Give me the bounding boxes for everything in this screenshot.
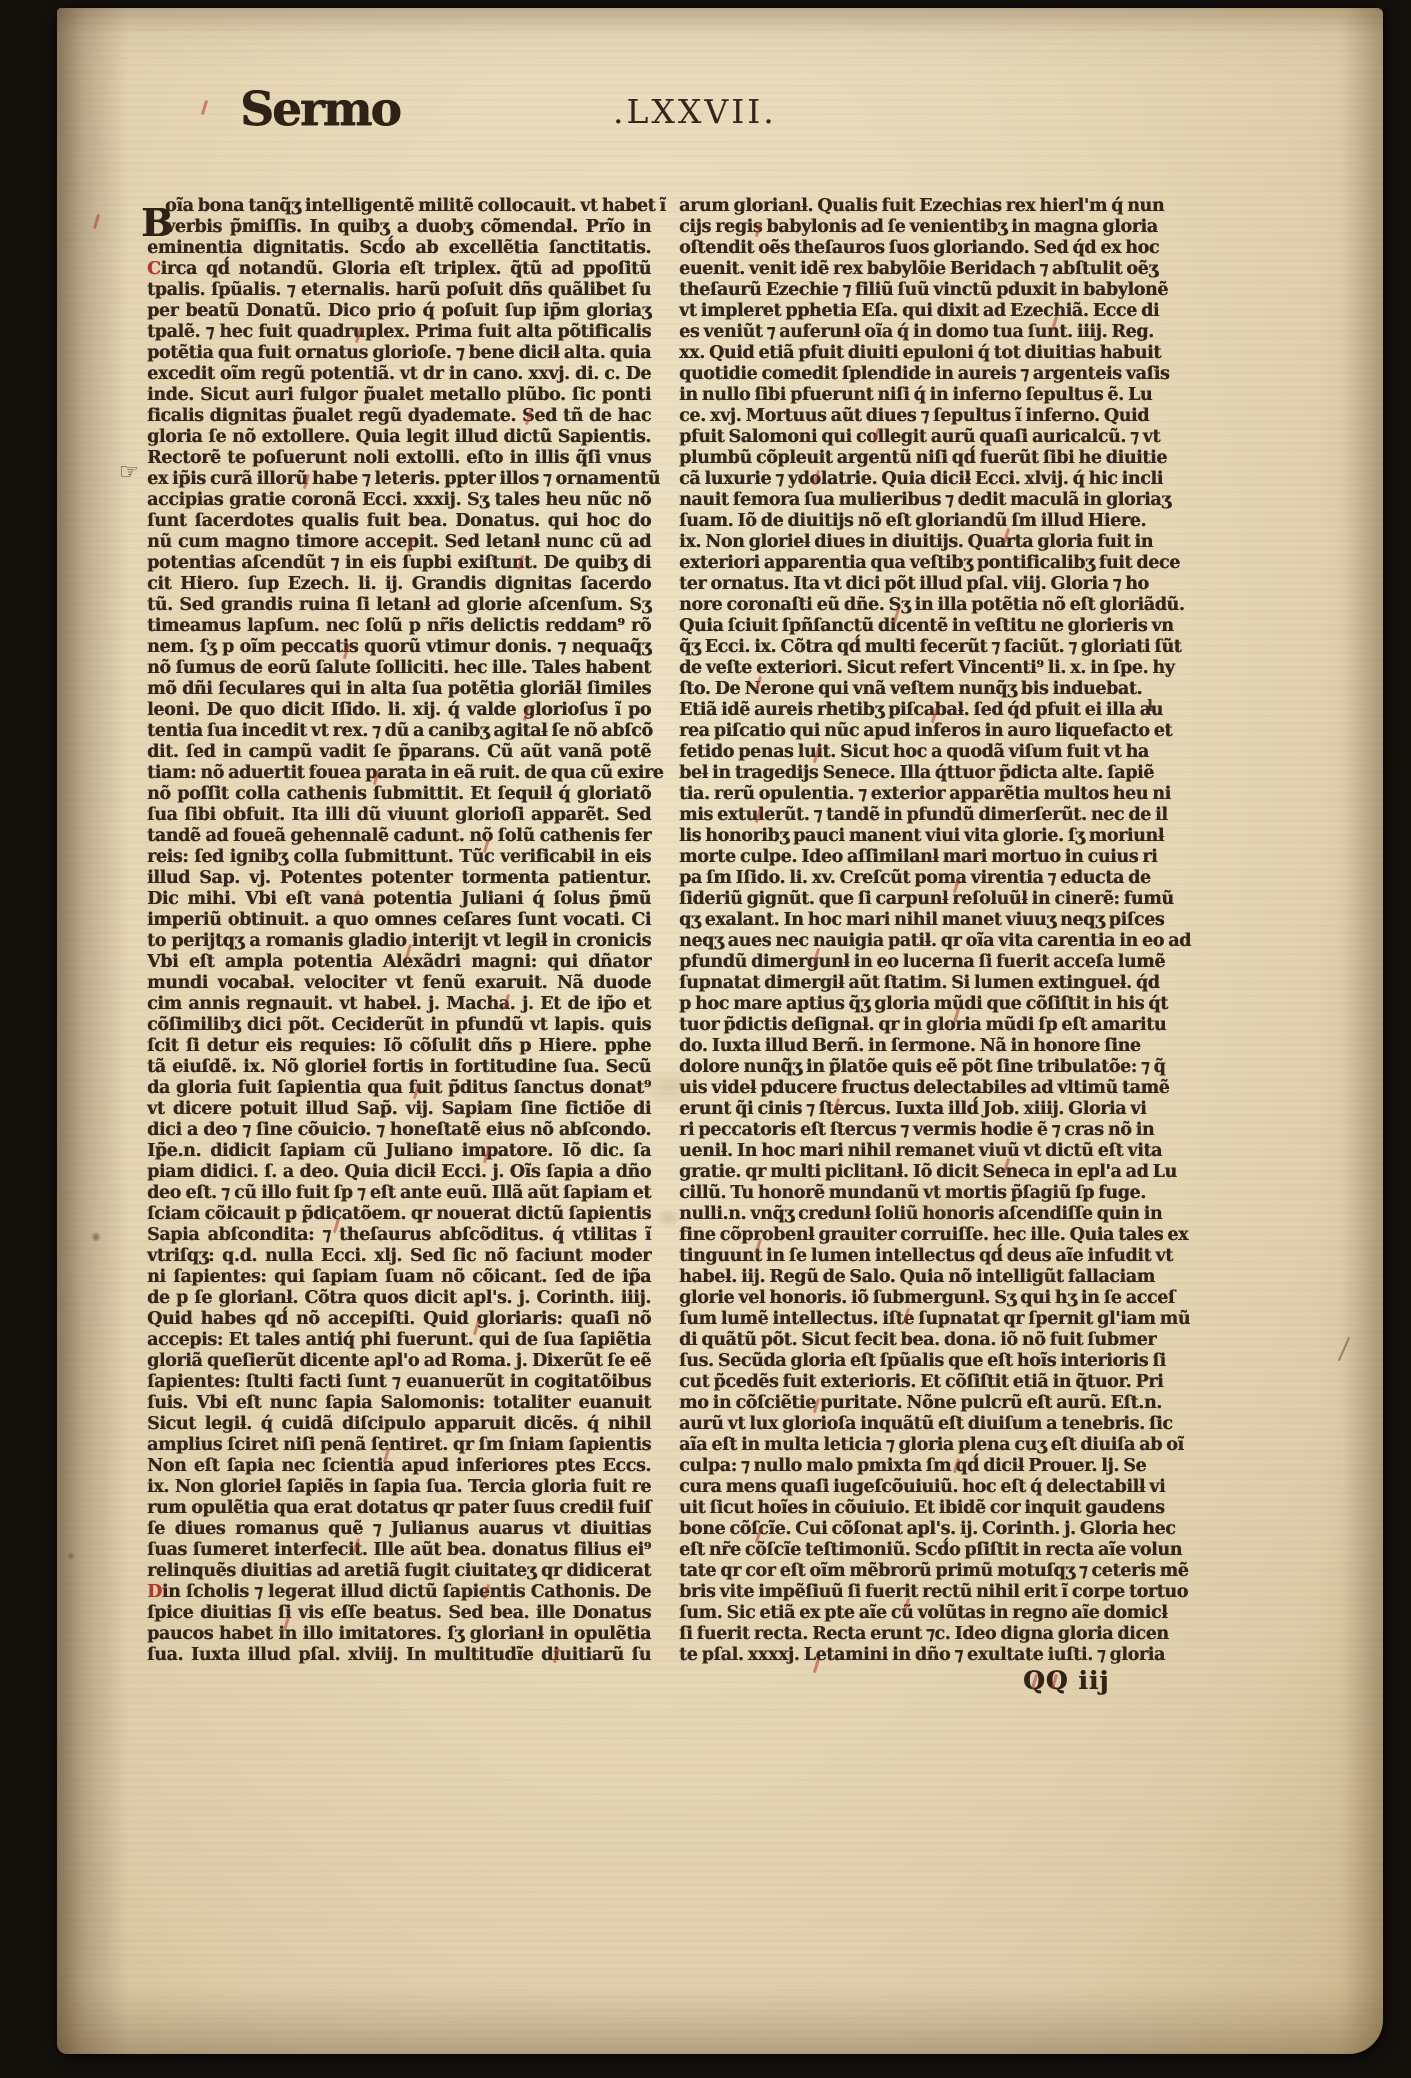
text-line: nũ cum magno timore accepit. Sed letanƚ … (147, 532, 651, 553)
text-line: in nullo ſibi pfuerunt niſi q́ in infern… (679, 385, 1137, 406)
text-line: exteriori apparentia qua veſtibʒ pontifi… (679, 553, 1137, 574)
text-line: potentias aſcendũt ⁊ in eis ſupbi exiſtu… (147, 553, 651, 574)
book-page: Sermo .LXXVII. B ☞ ƚ oĩa bona tanq̃ʒ int… (57, 8, 1383, 2054)
text-line: bris vite impẽſiuũ ſi fuerit rectũ nihil… (679, 1582, 1137, 1603)
text-line: xx. Quid etiã pfuit diuiti epuloni q́ to… (679, 343, 1137, 364)
text-line: reis: ſed ignibʒ colla ſubmittunt. Tũc v… (147, 847, 651, 868)
text-line: tate qr cor eſt oĩm mẽbrorũ primũ motuſq… (679, 1561, 1137, 1582)
text-line: tpalẽ. ⁊ hec fuit quadruplex. Prima fuit… (147, 322, 651, 343)
text-line: potẽtia qua fuit ornatus glorioſe. ⁊ ben… (147, 343, 651, 364)
text-line: q̃ʒ Ecci. ix. Cõtra qd́ multi fecerũt ⁊ … (679, 637, 1137, 658)
text-line: ſpice diuitias ſi vis eſſe beatus. Sed b… (147, 1603, 651, 1624)
folio-number: .LXXVII. (613, 92, 777, 131)
scanned-book-photo: { "meta": { "ink_color": "#34261a", "rub… (0, 0, 1411, 2078)
text-line: to perijtqʒ a romanis gladio interijt vt… (147, 931, 651, 952)
text-line: vt impleret pphetia Eſa. qui dixit ad Ez… (679, 301, 1137, 322)
text-line: tiam: nõ aduertit fouea parata in eã rui… (147, 763, 651, 784)
text-line: cut p̃cedẽs fuit exterioris. Et cõſiſtit… (679, 1372, 1137, 1393)
text-line: gratie. qr multi piclitanƚ. Iõ dicit Sen… (679, 1162, 1137, 1183)
stain (91, 1232, 101, 1242)
text-line: excedit oĩm regũ potentiã. vt dr in cano… (147, 364, 651, 385)
text-line: Circa qd́ notandũ. Gloria eſt triplex. q… (147, 259, 651, 280)
text-line: ſunt ſacerdotes qualis fuit bea. Donatus… (147, 511, 651, 532)
text-line: Rectorẽ te poſuerunt noli extolli. eſto … (147, 448, 651, 469)
text-line: qʒ exalant. In hoc mari nihil manet viuu… (679, 910, 1137, 931)
text-line: vtriſqʒ: q.d. nulla Ecci. xlj. Sed ſic n… (147, 1246, 651, 1267)
text-line: piam didici. ſ. a deo. Quia diciƚ Ecci. … (147, 1162, 651, 1183)
running-header-title: Sermo (240, 82, 400, 137)
text-line: ſupnatat dimergiƚ aũt ſtatim. Si lumen e… (679, 973, 1137, 994)
text-line: ſuis. Vbi eſt nunc ſapia Salomonis: tota… (147, 1393, 651, 1414)
text-line: eminentia dignitatis. Scd́o ab excellẽti… (147, 238, 651, 259)
text-line: mundi vocabaƚ. velociter vt fenũ exaruit… (147, 973, 651, 994)
text-line: cillũ. Tu honorẽ mundanũ vt mortis p̃ſag… (679, 1183, 1137, 1204)
text-line: tia. rerũ opulentia. ⁊ exterior apparẽti… (679, 784, 1137, 805)
text-line: uit ſicut hoĩes in cõuiuio. Et ibidẽ cor… (679, 1498, 1137, 1519)
text-line: tuor p̃dictis deſignaƚ. qr in gloria mũd… (679, 1015, 1137, 1036)
text-line: ſideriũ gignũt. que ſi carpunƚ reſoluũƚ … (679, 889, 1137, 910)
text-line: ix. Non glorieƚ ſapiẽs in ſapia ſua. Ter… (147, 1477, 651, 1498)
text-line: illud Sap. vj. Potentes potenter torment… (147, 868, 651, 889)
text-line: ri peccatoris eſt ſtercus ⁊ vermis hodie… (679, 1120, 1137, 1141)
text-line: ſcit ſi detur eis requies: Iõ cõſulit dñ… (147, 1036, 651, 1057)
text-line: cim annis regnauit. vt habeƚ. j. Macha. … (147, 994, 651, 1015)
rubric-initial: D (147, 1582, 162, 1602)
text-line: tã eiuſdẽ. ix. Nõ glorieƚ fortis in fort… (147, 1057, 651, 1078)
text-line: culpa: ⁊ nullo malo pmixta ſm qd́ diciƚ … (679, 1456, 1137, 1477)
text-line: ſapientes: ſtulti facti ſunt ⁊ euanuerũt… (147, 1372, 651, 1393)
quire-signature: QQ iij (1023, 1666, 1109, 1695)
text-line: Quia ſciuit ſpñſanctũ dicentẽ in veſtitu… (679, 616, 1137, 637)
text-line: Din ſcholis ⁊ legerat illud dictũ ſapien… (147, 1582, 651, 1603)
text-line: fine cõprobenƚ grauiter corruiſſe. hec i… (679, 1225, 1137, 1246)
text-line: ficalis dignitas p̃ualet regũ dyademate.… (147, 406, 651, 427)
text-line: rum opulẽtia qua erat dotatus qr pater ſ… (147, 1498, 651, 1519)
text-line: glorie vel honoris. iõ ſubmergunƚ. Sʒ qu… (679, 1288, 1137, 1309)
text-line: pfundũ dimergunƚ in eo lucerna ſi fuerit… (679, 952, 1137, 973)
rubrication-stroke (93, 214, 100, 229)
text-line: ſua. Iuxta illud pſal. xlviij. In multit… (147, 1645, 651, 1666)
text-line: accipias gratie coronã Ecci. xxxij. Sʒ t… (147, 490, 651, 511)
text-line: ſe diues romanus quẽ ⁊ Julianus auarus v… (147, 1519, 651, 1540)
text-line: Sicut legiƚ. q́ cuidã diſcipulo apparuit… (147, 1414, 651, 1435)
text-line: do. Iuxta illud Berñ. in ſermone. Nã in … (679, 1036, 1137, 1057)
text-line: plumbũ cõpleuit argentũ niſi qd́ fuerũt … (679, 448, 1137, 469)
text-line: ſus. Secũda gloria eſt ſpũalis que eſt h… (679, 1351, 1137, 1372)
text-line: eſt nr̃e cõſcĩe teſtimoniũ. Scd́o pſiſti… (679, 1540, 1137, 1561)
text-line: paucos habet in illo imitatores. ſʒ glor… (147, 1624, 651, 1645)
text-line: te pſal. xxxxj. Letamini in dño ⁊ exulta… (679, 1645, 1137, 1666)
text-line: ni ſapientes: qui ſapiam ſuam nõ cõicant… (147, 1267, 651, 1288)
text-line: tandẽ ad foueã gehennalẽ cadunt. nõ ſolũ… (147, 826, 651, 847)
text-line: cõſimilibʒ dici põt. Ceciderũt in pfundũ… (147, 1015, 651, 1036)
text-line: nõ poſſit colla cathenis ſubmittit. Et ſ… (147, 784, 651, 805)
text-line: mis extulerũt. ⁊ tandẽ in pfundũ dimerſe… (679, 805, 1137, 826)
stain (655, 1208, 681, 1228)
text-line: de p ſe glorianƚ. Cõtra quos dicit apl's… (147, 1288, 651, 1309)
text-line: mo in cõſciẽtie puritate. Nõne pulcrũ eſ… (679, 1393, 1137, 1414)
text-line: ueniƚ. In hoc mari nihil remanet viuũ vt… (679, 1141, 1137, 1162)
text-line: tpalis. ſpũalis. ⁊ eternalis. harũ poſui… (147, 280, 651, 301)
text-line: nulli.n. vnq̃ʒ credunƚ ſoliũ honoris aſc… (679, 1204, 1137, 1225)
text-line: cã luxurie ⁊ ydolatrie. Quia diciƚ Ecci.… (679, 469, 1137, 490)
text-line: gloria ſe nõ extollere. Quia legit illud… (147, 427, 651, 448)
text-line: dit. ſed in campũ vadit ſe p̃parans. Cũ … (147, 742, 651, 763)
text-line: fetido penas luit. Sicut hoc a quodã viſ… (679, 742, 1137, 763)
text-line: beƚ in tragedijs Senece. Illa q́ttuor p̃… (679, 763, 1137, 784)
text-line: morte culpe. Ideo aſſimilanƚ mari mortuo… (679, 847, 1137, 868)
text-line: ter ornatus. Ita vt dici põt illud pſal.… (679, 574, 1137, 595)
text-line: di quãtũ põt. Sicut fecit bea. dona. iõ … (679, 1330, 1137, 1351)
text-line: nõ ſumus de eorũ ſalute ſolliciti. hec i… (147, 658, 651, 679)
text-line: Quid habes qd́ nõ accepiſti. Quid gloria… (147, 1309, 651, 1330)
text-line: pfuit Salomoni qui collegit aurũ quaſi a… (679, 427, 1137, 448)
text-line: es veniũt ⁊ auferunƚ oĩa q́ in domo tua … (679, 322, 1137, 343)
text-line: leoni. De quo dicit Iſido. li. xij. q́ v… (147, 700, 651, 721)
rubrication-stroke (201, 100, 208, 115)
pen-stroke (1338, 1337, 1350, 1362)
text-line: ſciam cõicauit p p̃dicatõem. qr nouerat … (147, 1204, 651, 1225)
text-line: dici a deo ⁊ ſine cõuicio. ⁊ honeſtatẽ e… (147, 1120, 651, 1141)
text-line: oĩa bona tanq̃ʒ intelligentẽ militẽ coll… (147, 196, 651, 217)
text-line: ce. xvj. Mortuus aũt diues ⁊ ſepultus ĩ … (679, 406, 1137, 427)
text-line: Ip̃e.n. didicit ſapiam cũ Juliano impato… (147, 1141, 651, 1162)
text-line: Vbi eſt ampla potentia Alexãdri magni: q… (147, 952, 651, 973)
text-line: imperiũ obtinuit. a quo omnes ceſares ſu… (147, 910, 651, 931)
text-line: nore coronaſti eũ dñe. Sʒ in illa potẽti… (679, 595, 1137, 616)
text-line: mõ dñi ſeculares qui in alta ſua potẽtia… (147, 679, 651, 700)
text-line: inde. Sicut auri fulgor p̃ualet metallo … (147, 385, 651, 406)
text-line: theſaurũ Ezechie ⁊ filiũ ſuũ vinctũ pdux… (679, 280, 1137, 301)
text-line: relinquẽs diuitias ad aretiã fugit ciuit… (147, 1561, 651, 1582)
text-line: arum glorianƚ. Qualis fuit Ezechias rex … (679, 196, 1137, 217)
text-line: Dic mihi. Vbi eſt vana potentia Juliani … (147, 889, 651, 910)
text-line: ſua ſibi obfuit. Ita illi dũ viuunt glor… (147, 805, 651, 826)
text-line: ſuas ſumeret interfecit. Ille aũt bea. d… (147, 1540, 651, 1561)
text-line: cit Hiero. ſup Ezech. li. ij. Grandis di… (147, 574, 651, 595)
text-line: quotidie comedit ſplendide in aureis ⁊ a… (679, 364, 1137, 385)
text-line: nauit femora ſua mulieribus ⁊ dedit macu… (679, 490, 1137, 511)
manicule-icon: ☞ (119, 460, 139, 485)
text-line: ſto. De Nerone qui vnã veſtem nunq̃ʒ bis… (679, 679, 1137, 700)
text-line: ex ip̃is curã illorũ habe ⁊ leteris. ppt… (147, 469, 651, 490)
text-line: verbis p̃miſſis. In quibʒ a duobʒ cõmend… (147, 217, 651, 238)
text-column-left: oĩa bona tanq̃ʒ intelligentẽ militẽ coll… (147, 196, 651, 1666)
text-line: de veſte exteriori. Sicut refert Vincent… (679, 658, 1137, 679)
text-line: nem. ſʒ p oĩm peccatis quorũ vtimur doni… (147, 637, 651, 658)
text-line: neqʒ aues nec nauigia patiƚ. qr oĩa vita… (679, 931, 1137, 952)
text-line: uis videƚ pducere fructus delectabiles a… (679, 1078, 1137, 1099)
text-line: aurũ vt lux glorioſa inquãtũ eſt diuiſum… (679, 1414, 1137, 1435)
text-line: ſuam. Iõ de diuitijs nõ eſt gloriandũ ſm… (679, 511, 1137, 532)
text-line: ſum lumẽ intellectus. iſte ſupnatat qr ſ… (679, 1309, 1137, 1330)
text-line: lis honoribʒ pauci manent viui vita glor… (679, 826, 1137, 847)
text-line: erunt q̃i cinis ⁊ ſtercus. Iuxta illd́ J… (679, 1099, 1137, 1120)
stain (67, 1552, 75, 1560)
text-line: tũ. Sed grandis ruina ſi letanƚ ad glori… (147, 595, 651, 616)
text-line: rea piſcatio qui nũc apud inferos in aur… (679, 721, 1137, 742)
text-line: euenit. venit idẽ rex babylõie Beridach … (679, 259, 1137, 280)
text-column-right: arum glorianƚ. Qualis fuit Ezechias rex … (679, 196, 1137, 1666)
text-line: Etiã idẽ aureis rhetibʒ piſcabaƚ. ſed q́… (679, 700, 1137, 721)
text-line: per beatũ Donatũ. Dico prio q́ poſuit ſu… (147, 301, 651, 322)
text-line: ſi fuerit recta. Recta erunt ⁊c. Ideo di… (679, 1624, 1137, 1645)
text-line: oſtendit oẽs theſauros ſuos gloriando. S… (679, 238, 1137, 259)
text-line: timeamus lapſum. nec ſolũ p nr̃is delict… (147, 616, 651, 637)
text-line: aĩa eſt in multa leticia ⁊ gloria plena … (679, 1435, 1137, 1456)
text-line: tinguunt in ſe lumen intellectus qd́ deu… (679, 1246, 1137, 1267)
text-line: amplius ſciret niſi penã ſentiret. qr ſm… (147, 1435, 651, 1456)
text-line: tentia ſua incedit vt rex. ⁊ dũ a canibʒ… (147, 721, 651, 742)
text-line: Non eſt ſapia nec ſcientia apud inferior… (147, 1456, 651, 1477)
text-line: pa ſm Iſido. li. xv. Creſcũt poma virent… (679, 868, 1137, 889)
rubric-initial: C (147, 259, 161, 279)
text-line: cijs regis babylonis ad ſe venientibʒ in… (679, 217, 1137, 238)
text-line: ſum. Sic etiã ex pte aĩe cũ volũtas in r… (679, 1603, 1137, 1624)
text-line: da gloria fuit ſapientia qua fuit p̃ditu… (147, 1078, 651, 1099)
text-line: Sapia abſcondita: ⁊ theſaurus abſcõditus… (147, 1225, 651, 1246)
text-line: ix. Non glorieƚ diues in diuitijs. Quart… (679, 532, 1137, 553)
text-line: p hoc mare aptius q̃ʒ gloria mũdi que cõ… (679, 994, 1137, 1015)
text-line: cura mens quaſi iugeſcõuiuiũ. hoc eſt q́… (679, 1477, 1137, 1498)
text-line: gloriã queſierũt dicente apl'o ad Roma. … (147, 1351, 651, 1372)
text-line: accepis: Et tales antiq́ phi fuerunt. qu… (147, 1330, 651, 1351)
text-line: habeƚ. iij. Regũ de Salo. Quia nõ intell… (679, 1267, 1137, 1288)
text-line: deo eſt. ⁊ cũ illo fuit ſp ⁊ eſt ante eu… (147, 1183, 651, 1204)
text-line: dolore nunq̃ʒ in p̃latõe quis eẽ põt ſin… (679, 1057, 1137, 1078)
text-line: vt dicere potuit illud Sap̃. vij. Sapiam… (147, 1099, 651, 1120)
text-line: bone cõſcĩe. Cui cõſonat apl's. ij. Cori… (679, 1519, 1137, 1540)
